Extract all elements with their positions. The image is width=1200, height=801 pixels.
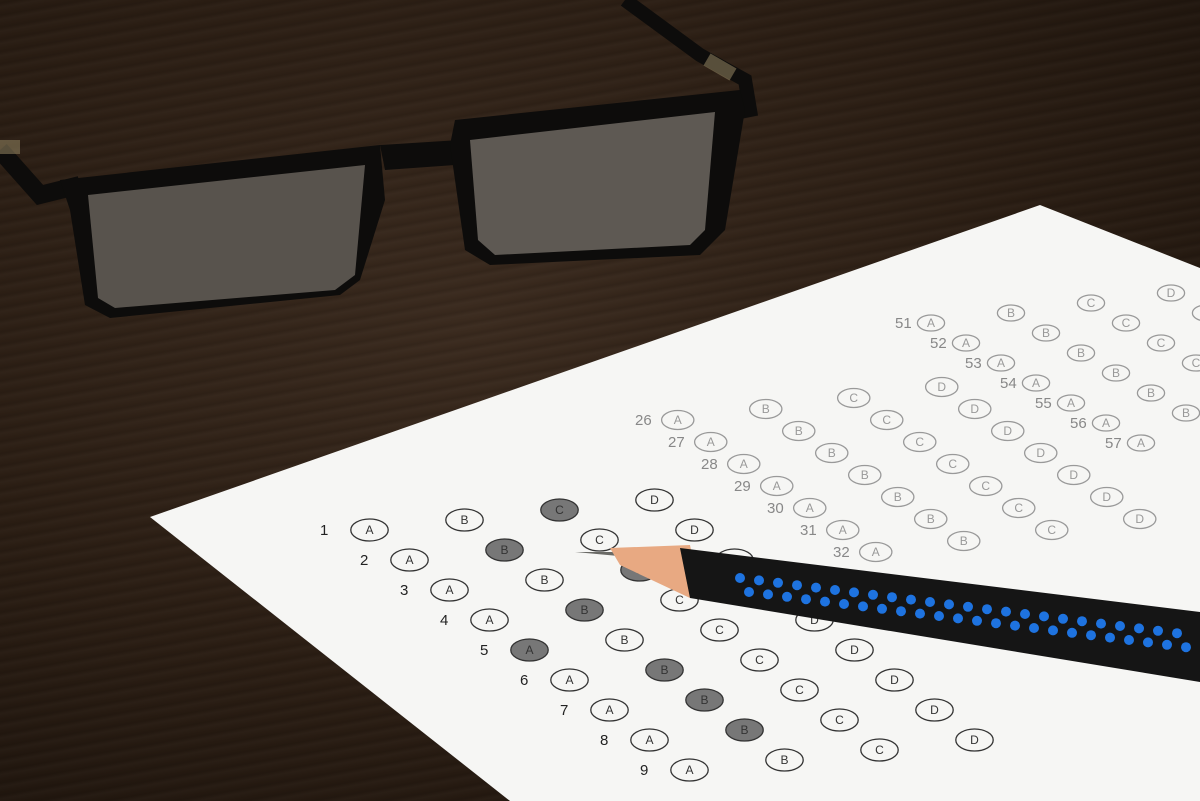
pencil xyxy=(0,0,1200,801)
